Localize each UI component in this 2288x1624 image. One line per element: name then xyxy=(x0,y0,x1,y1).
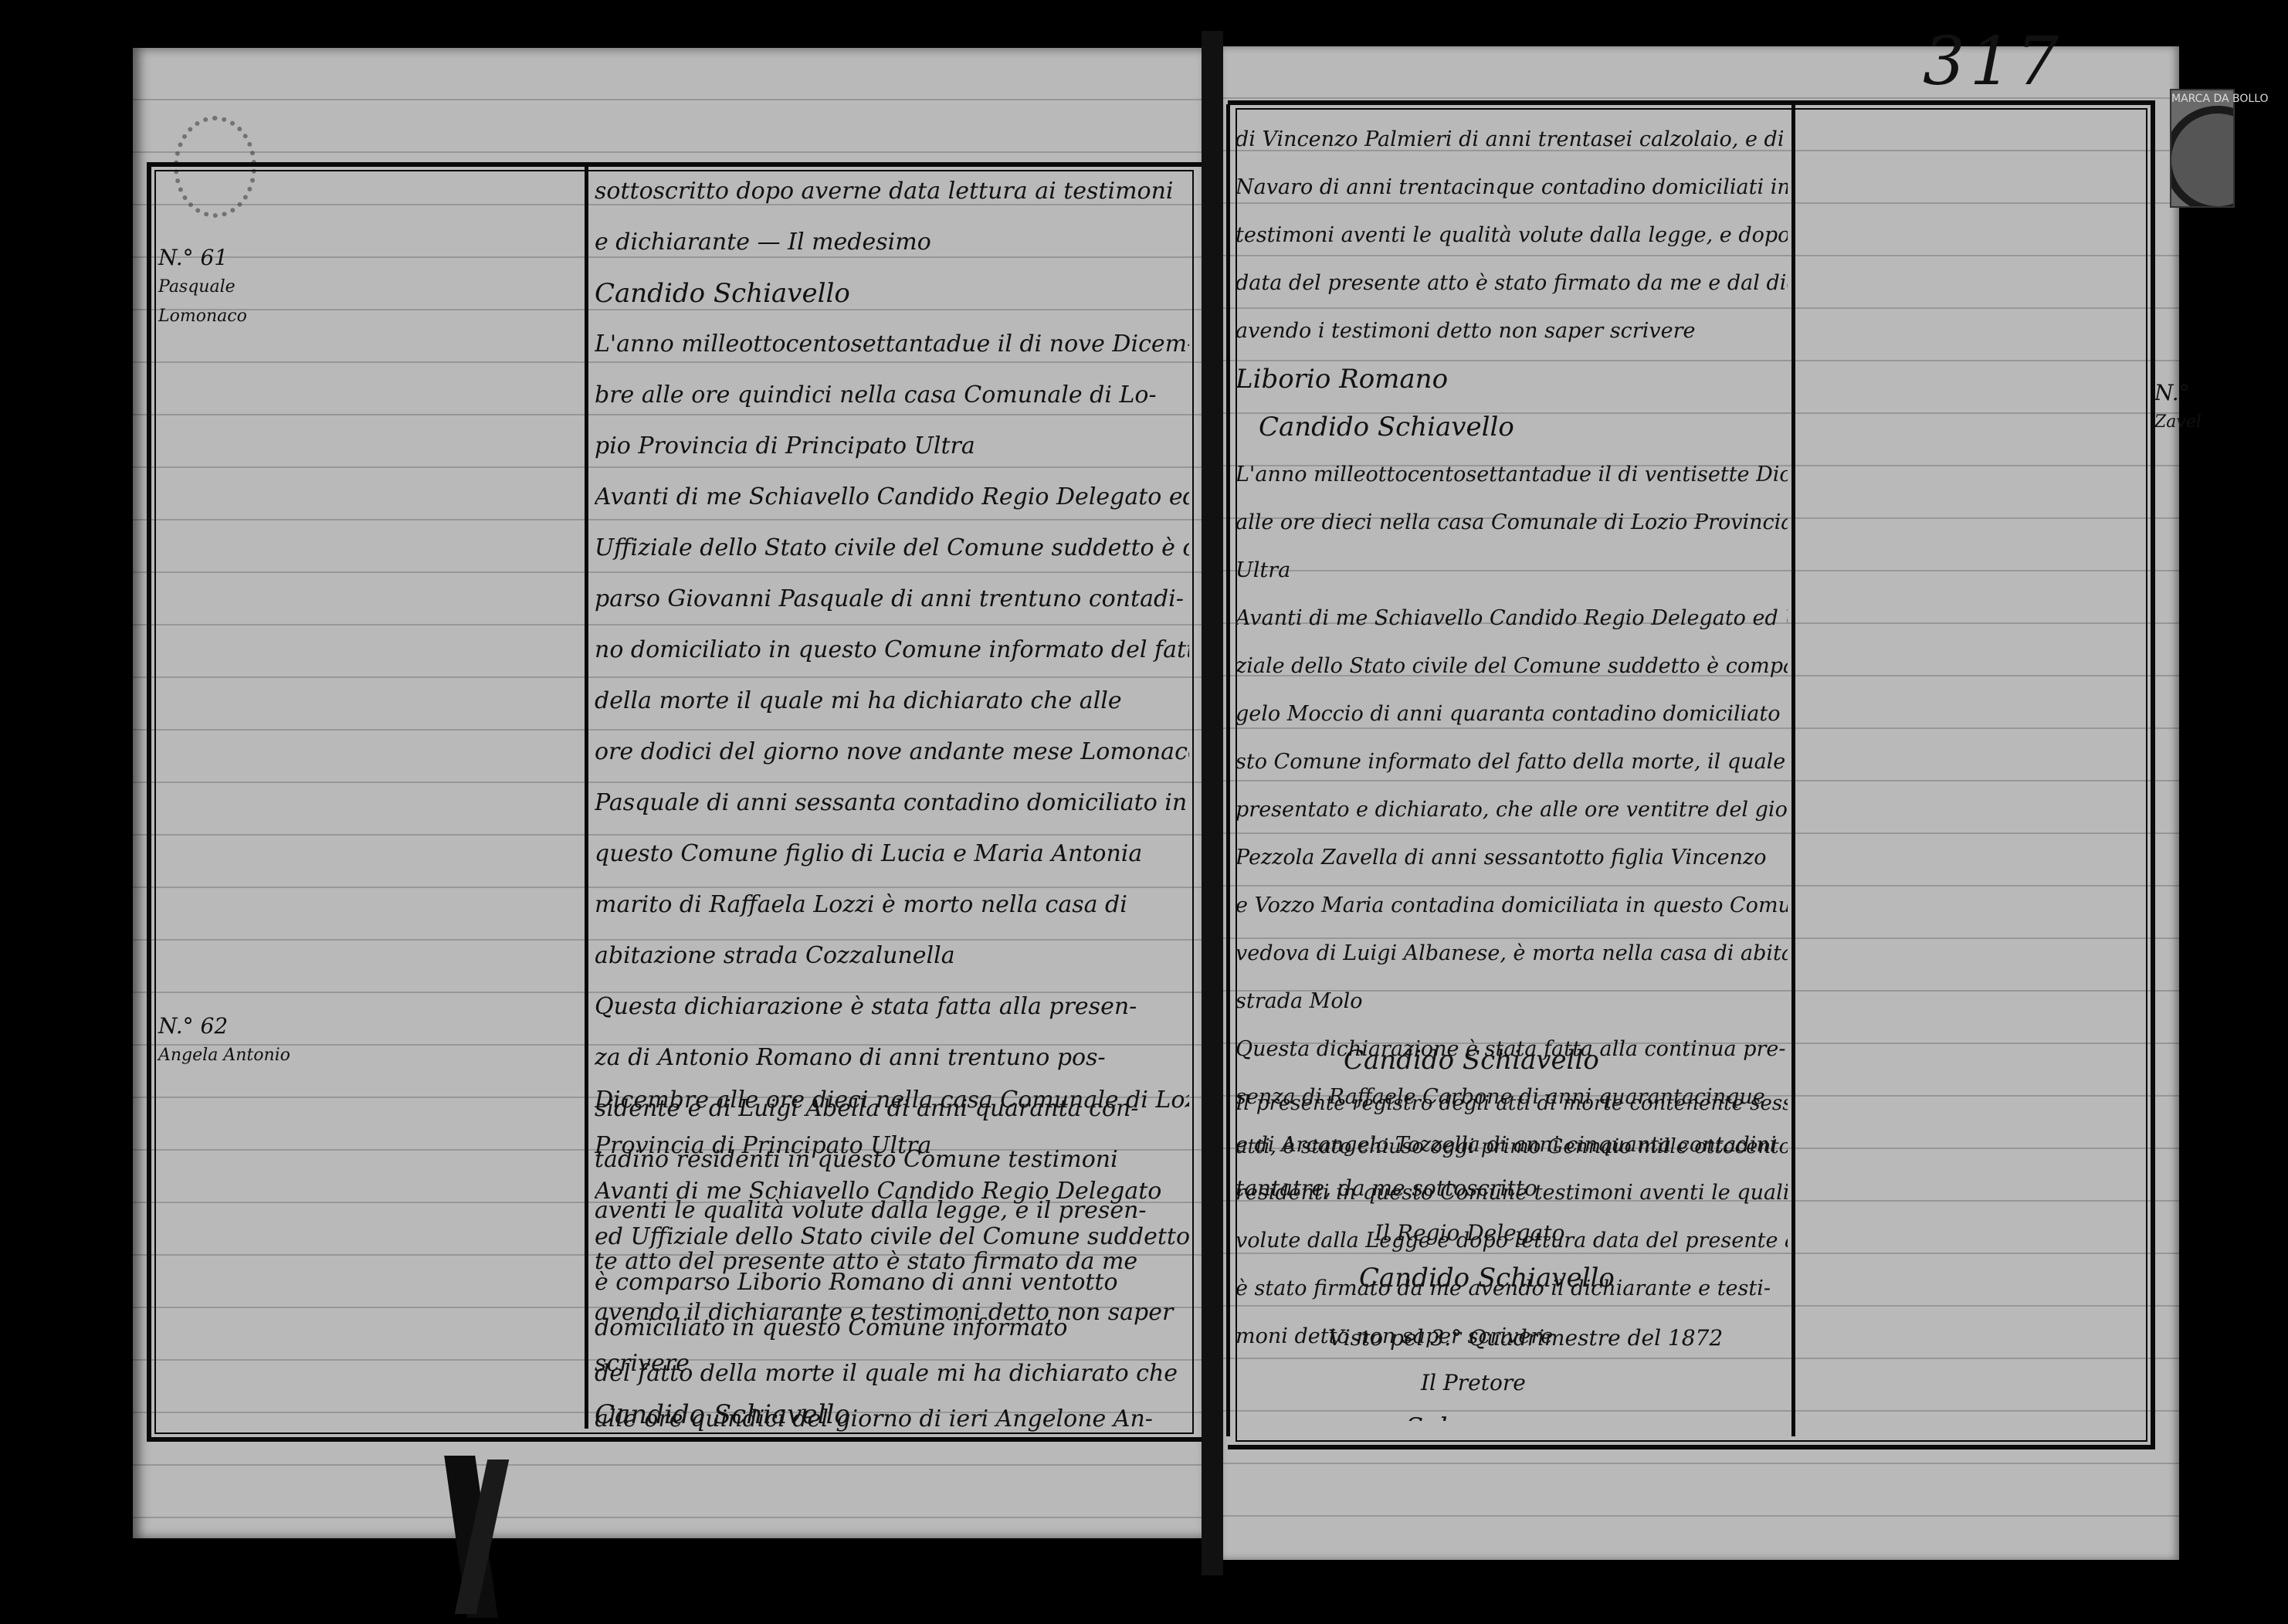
text-line: pio Provincia di Principato Ultra xyxy=(595,421,1189,472)
text-line: e Vozzo Maria contadina domiciliata in q… xyxy=(1236,882,1788,930)
text-line: ziale dello Stato civile del Comune sudd… xyxy=(1236,642,1788,690)
text-line: ore dodici del giorno nove andante mese … xyxy=(595,727,1189,778)
text-line: marito di Raffaela Lozzi è morto nella c… xyxy=(595,880,1189,931)
right-margin-rule xyxy=(1791,104,1795,1436)
revenue-stamp-icon xyxy=(2170,89,2235,208)
text-line: questo Comune figlio di Lucia e Maria An… xyxy=(595,829,1189,880)
signature: Candido Schiavello xyxy=(1236,1039,1788,1082)
text-line: sottoscritto dopo averne data lettura ai… xyxy=(595,166,1189,217)
text-line: data del presente atto è stato firmato d… xyxy=(1236,259,1788,307)
text-line: presentato e dichiarato, che alle ore ve… xyxy=(1236,786,1788,834)
text-line: Navaro di anni trentacinque contadino do… xyxy=(1236,164,1788,212)
signature: Candido Schiavello xyxy=(1236,1256,1788,1300)
margin-note-right: N.° Zavello xyxy=(2154,378,2201,437)
text-line: ed Uffiziale dello Stato civile del Comu… xyxy=(595,1214,1189,1260)
text-line: Avanti di me Schiavello Candido Regio De… xyxy=(595,1168,1189,1214)
margin-note-number: N.° 61 xyxy=(158,243,297,273)
text-line: parso Giovanni Pasquale di anni trentuno… xyxy=(595,574,1189,625)
text-line: alle ore quindici del giorno di ieri Ang… xyxy=(595,1396,1189,1432)
margin-note-number: N.° 62 xyxy=(158,1012,297,1041)
text-line: Ultra xyxy=(1236,547,1788,595)
text-line: è comparso Liborio Romano di anni ventot… xyxy=(595,1260,1189,1305)
left-page-text-lower: Dicembre alle ore dieci nella casa Comun… xyxy=(595,1077,1189,1432)
visa-line: Visto pel 3.° Quadrimestre del 1872 xyxy=(1236,1316,1788,1361)
text-line: della morte il quale mi ha dichiarato ch… xyxy=(595,676,1189,727)
text-line: za di Antonio Romano di anni trentuno po… xyxy=(595,1032,1189,1083)
signature: Candido Schiavello xyxy=(595,268,1189,319)
folio-number: 317 xyxy=(1923,23,2063,100)
text-line: tantatre, da me sottoscritto xyxy=(1236,1166,1788,1211)
signature: Candido Schiavello xyxy=(1236,403,1788,451)
text-line: Avanti di me Schiavello Candido Regio De… xyxy=(595,472,1189,523)
text-line: testimoni aventi le qualità volute dalla… xyxy=(1236,212,1788,259)
text-line: vedova di Luigi Albanese, è morta nella … xyxy=(1236,930,1788,978)
signature: Salerno xyxy=(1236,1405,1788,1421)
text-line: strada Molo xyxy=(1236,978,1788,1026)
text-line: e dichiarante — Il medesimo xyxy=(595,217,1189,268)
margin-note-number: N.° xyxy=(2154,378,2201,408)
text-line: Il presente registro degli atti di morte… xyxy=(1236,1082,1788,1125)
text-line: Dicembre alle ore dieci nella casa Comun… xyxy=(595,1077,1189,1123)
text-line: Uffiziale dello Stato civile del Comune … xyxy=(595,523,1189,574)
margin-note-name: Angela Antonio xyxy=(158,1041,297,1070)
text-line: abitazione strada Cozzalunella xyxy=(595,931,1189,982)
text-line: L'anno milleottocentosettantadue il di v… xyxy=(1236,451,1788,499)
text-line: domiciliato in questo Comune informato xyxy=(595,1305,1189,1351)
text-line: Pezzola Zavella di anni sessantotto figl… xyxy=(1236,834,1788,882)
text-line: di Vincenzo Palmieri di anni trentasei c… xyxy=(1236,116,1788,164)
right-page-signatures: tantatre, da me sottoscritto Il Regio De… xyxy=(1236,1166,1788,1421)
right-page-closing: Candido Schiavello Il presente registro … xyxy=(1236,1039,1788,1170)
text-line: gelo Moccio di anni quaranta contadino d… xyxy=(1236,690,1788,738)
text-line: atti, è stato chiuso oggi primo Gennaio … xyxy=(1236,1125,1788,1168)
book-spine xyxy=(1202,31,1223,1575)
text-line: Pasquale di anni sessanta contadino domi… xyxy=(595,778,1189,829)
text-line: L'anno milleottocentosettantadue il di n… xyxy=(595,319,1189,370)
margin-note-62: N.° 62 Angela Antonio xyxy=(158,1012,297,1070)
text-line: bre alle ore quindici nella casa Comunal… xyxy=(595,370,1189,421)
margin-note-name: Pasquale Lomonaco xyxy=(158,273,297,331)
text-line: del fatto della morte il quale mi ha dic… xyxy=(595,1351,1189,1396)
delegate-title: Il Regio Delegato xyxy=(1236,1211,1788,1256)
pretore-title: Il Pretore xyxy=(1236,1361,1788,1405)
signature: Liborio Romano xyxy=(1236,355,1788,403)
text-line: Provincia di Principato Ultra xyxy=(595,1123,1189,1168)
text-line: Avanti di me Schiavello Candido Regio De… xyxy=(1236,595,1788,642)
revenue-stamp-label: MARCA DA BOLLO xyxy=(2171,93,2269,105)
text-line: avendo i testimoni detto non saper scriv… xyxy=(1236,307,1788,355)
text-line: no domiciliato in questo Comune informat… xyxy=(595,625,1189,676)
right-inner-rule xyxy=(1226,104,1230,1436)
margin-note-name: Zavello xyxy=(2154,408,2201,437)
text-line: Questa dichiarazione è stata fatta alla … xyxy=(595,982,1189,1032)
margin-note-61: N.° 61 Pasquale Lomonaco xyxy=(158,243,297,331)
left-margin-rule xyxy=(585,166,588,1429)
text-line: alle ore dieci nella casa Comunale di Lo… xyxy=(1236,499,1788,547)
text-line: sto Comune informato del fatto della mor… xyxy=(1236,738,1788,786)
